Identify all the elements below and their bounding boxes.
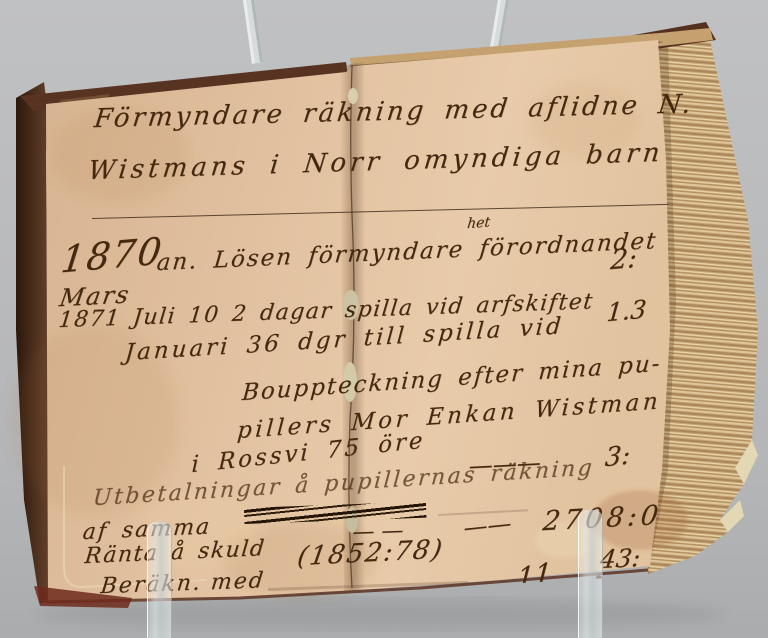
entry-1870-amount: 2: (609, 243, 638, 277)
book-shadow (35, 599, 725, 629)
title-line-1: Förmyndare räkning med aflidne N. (93, 89, 696, 134)
entry-ranta-years: (1852:78) (295, 534, 446, 572)
entry-utbetalningar-text: Utbetalningar å pupillernas räkning (92, 455, 595, 511)
entry-1871-amount: 1.3 (605, 295, 647, 328)
manuscript-page: Förmyndare räkning med aflidne N. Wistma… (0, 0, 768, 638)
photo-of-antique-notebook: Förmyndare räkning med aflidne N. Wistma… (0, 0, 768, 638)
acrylic-rod-bottom-right (578, 510, 603, 638)
title-underline (92, 204, 668, 219)
entry-1870-text: an. Lösen förmyndare förordnandet (155, 228, 658, 276)
acrylic-rod-bottom-left (147, 522, 172, 638)
entry-bottom-text: Beräkn. med (99, 568, 266, 599)
entry-year-1870: 1870 (59, 229, 166, 282)
entry-rossvi-amount: 3: (604, 440, 631, 473)
title-line-2: Wistmans i Norr omyndiga barn (87, 138, 665, 186)
insertion-mark: het (466, 214, 491, 232)
